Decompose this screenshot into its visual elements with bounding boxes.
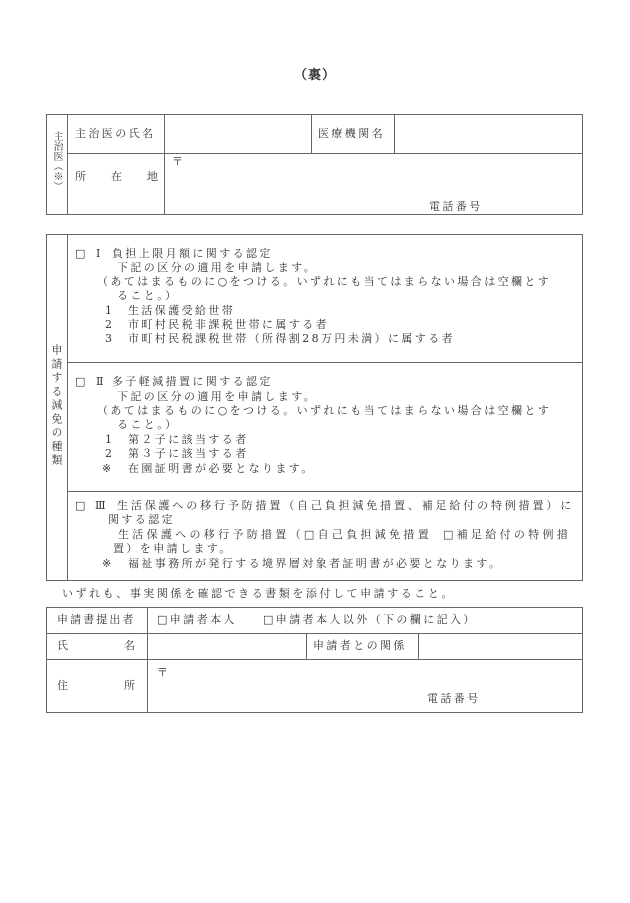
relationship-label: 申請者との関係: [313, 639, 407, 653]
self-pay-reduction-checkbox[interactable]: □: [304, 528, 318, 541]
section-2-numeral: Ⅱ: [96, 375, 103, 389]
postal-mark: 〒: [157, 666, 168, 680]
section-3-numeral: Ⅲ: [95, 499, 106, 513]
submitter-option-other[interactable]: □申請者本人以外（下の欄に記入）: [263, 613, 477, 627]
section-2-instruction: （あてはまるものに○をつける。いずれにも当てはまらない場合は空欄とす: [97, 404, 551, 418]
submitter-option-self[interactable]: □申請者本人: [157, 613, 237, 627]
applicant-name-field[interactable]: [148, 634, 306, 659]
attachment-note: いずれも、事実関係を確認できる書類を添付して申請すること。: [62, 587, 455, 601]
section-1-title: 負担上限月額に関する認定: [112, 247, 273, 261]
physician-name-field[interactable]: [165, 115, 311, 153]
relationship-field[interactable]: [419, 634, 582, 659]
section-1-instruction-cont: ること。）: [117, 289, 179, 303]
physician-address-field[interactable]: 〒 電話番号: [165, 154, 582, 214]
section-2-note: 在園証明書が必要となります。: [128, 462, 315, 476]
divider: [67, 234, 68, 580]
option-number: 3: [105, 332, 112, 346]
request-prefix: 生活保護への移行予防措置（: [118, 528, 304, 541]
option-number: 1: [105, 433, 112, 447]
checkbox[interactable]: □: [263, 613, 276, 626]
divider: [67, 114, 68, 214]
section-1-checkbox[interactable]: □: [75, 247, 85, 261]
phone-label: 電話番号: [427, 692, 481, 706]
section-1-instruction: （あてはまるものに○をつける。いずれにも当てはまらない場合は空欄とす: [97, 275, 551, 289]
institution-name-field[interactable]: [395, 115, 582, 153]
section-1-request: 下記の区分の適用を申請します。: [117, 261, 317, 275]
option-text: 市町村民税非課税世帯に属する者: [128, 318, 329, 332]
physician-section-label: 主治医（※）: [51, 131, 62, 191]
self-pay-reduction-label: 自己負担減免措置: [318, 528, 432, 541]
physician-name-label: 主治医の氏名: [75, 127, 155, 141]
supplementary-benefit-label: 補足給付の特例措: [457, 528, 571, 541]
section-3-request: 生活保護への移行予防措置（□自己負担減免措置□補足給付の特例措: [118, 528, 571, 542]
option-text: 第２子に該当する者: [128, 433, 249, 447]
phone-label: 電話番号: [429, 200, 483, 214]
name-label: 氏名: [57, 639, 135, 653]
section-3-checkbox[interactable]: □: [75, 499, 85, 513]
section-2-checkbox[interactable]: □: [75, 375, 85, 389]
checkbox[interactable]: □: [157, 613, 170, 626]
submitter-option-label: 申請者本人以外（下の欄に記入）: [276, 613, 477, 626]
reduction-section-label: 申請する減免の種類: [50, 344, 62, 468]
divider: [306, 633, 307, 659]
submitter-label: 申請書提出者: [57, 613, 136, 627]
divider: [67, 491, 582, 492]
note-mark: ※: [102, 462, 111, 476]
option-text: 第３子に該当する者: [128, 447, 249, 461]
section-3-note: 福祉事務所が発行する境界層対象者証明書が必要となります。: [128, 557, 502, 571]
section-3-title: 生活保護への移行予防措置（自己負担減免措置、補足給付の特例措置）に: [117, 499, 574, 513]
physician-address-label: 所在地: [75, 170, 158, 184]
section-2-request: 下記の区分の適用を申請します。: [117, 390, 317, 404]
applicant-address-field[interactable]: 〒 電話番号: [148, 660, 582, 712]
section-2-instruction-cont: ること。）: [117, 418, 179, 432]
supplementary-benefit-checkbox[interactable]: □: [443, 528, 457, 541]
section-3-title-cont: 関する認定: [108, 513, 175, 527]
option-number: 1: [105, 304, 112, 318]
option-text: 市町村民税課税世帯（所得割28万円未満）に属する者: [128, 332, 455, 346]
note-mark: ※: [102, 557, 111, 571]
section-2-title: 多子軽減措置に関する認定: [112, 375, 273, 389]
divider: [67, 362, 582, 363]
postal-mark: 〒: [172, 155, 183, 169]
address-label: 住所: [57, 679, 135, 693]
section-1-numeral: Ⅰ: [96, 247, 100, 261]
divider: [311, 114, 312, 153]
option-number: 2: [105, 447, 112, 461]
page-title: （裏）: [0, 68, 630, 84]
submitter-option-label: 申請者本人: [170, 613, 237, 626]
institution-name-label: 医療機関名: [318, 127, 385, 141]
option-number: 2: [105, 318, 112, 332]
section-3-request-cont: 置）を申請します。: [113, 542, 233, 556]
option-text: 生活保護受給世帯: [128, 304, 235, 318]
